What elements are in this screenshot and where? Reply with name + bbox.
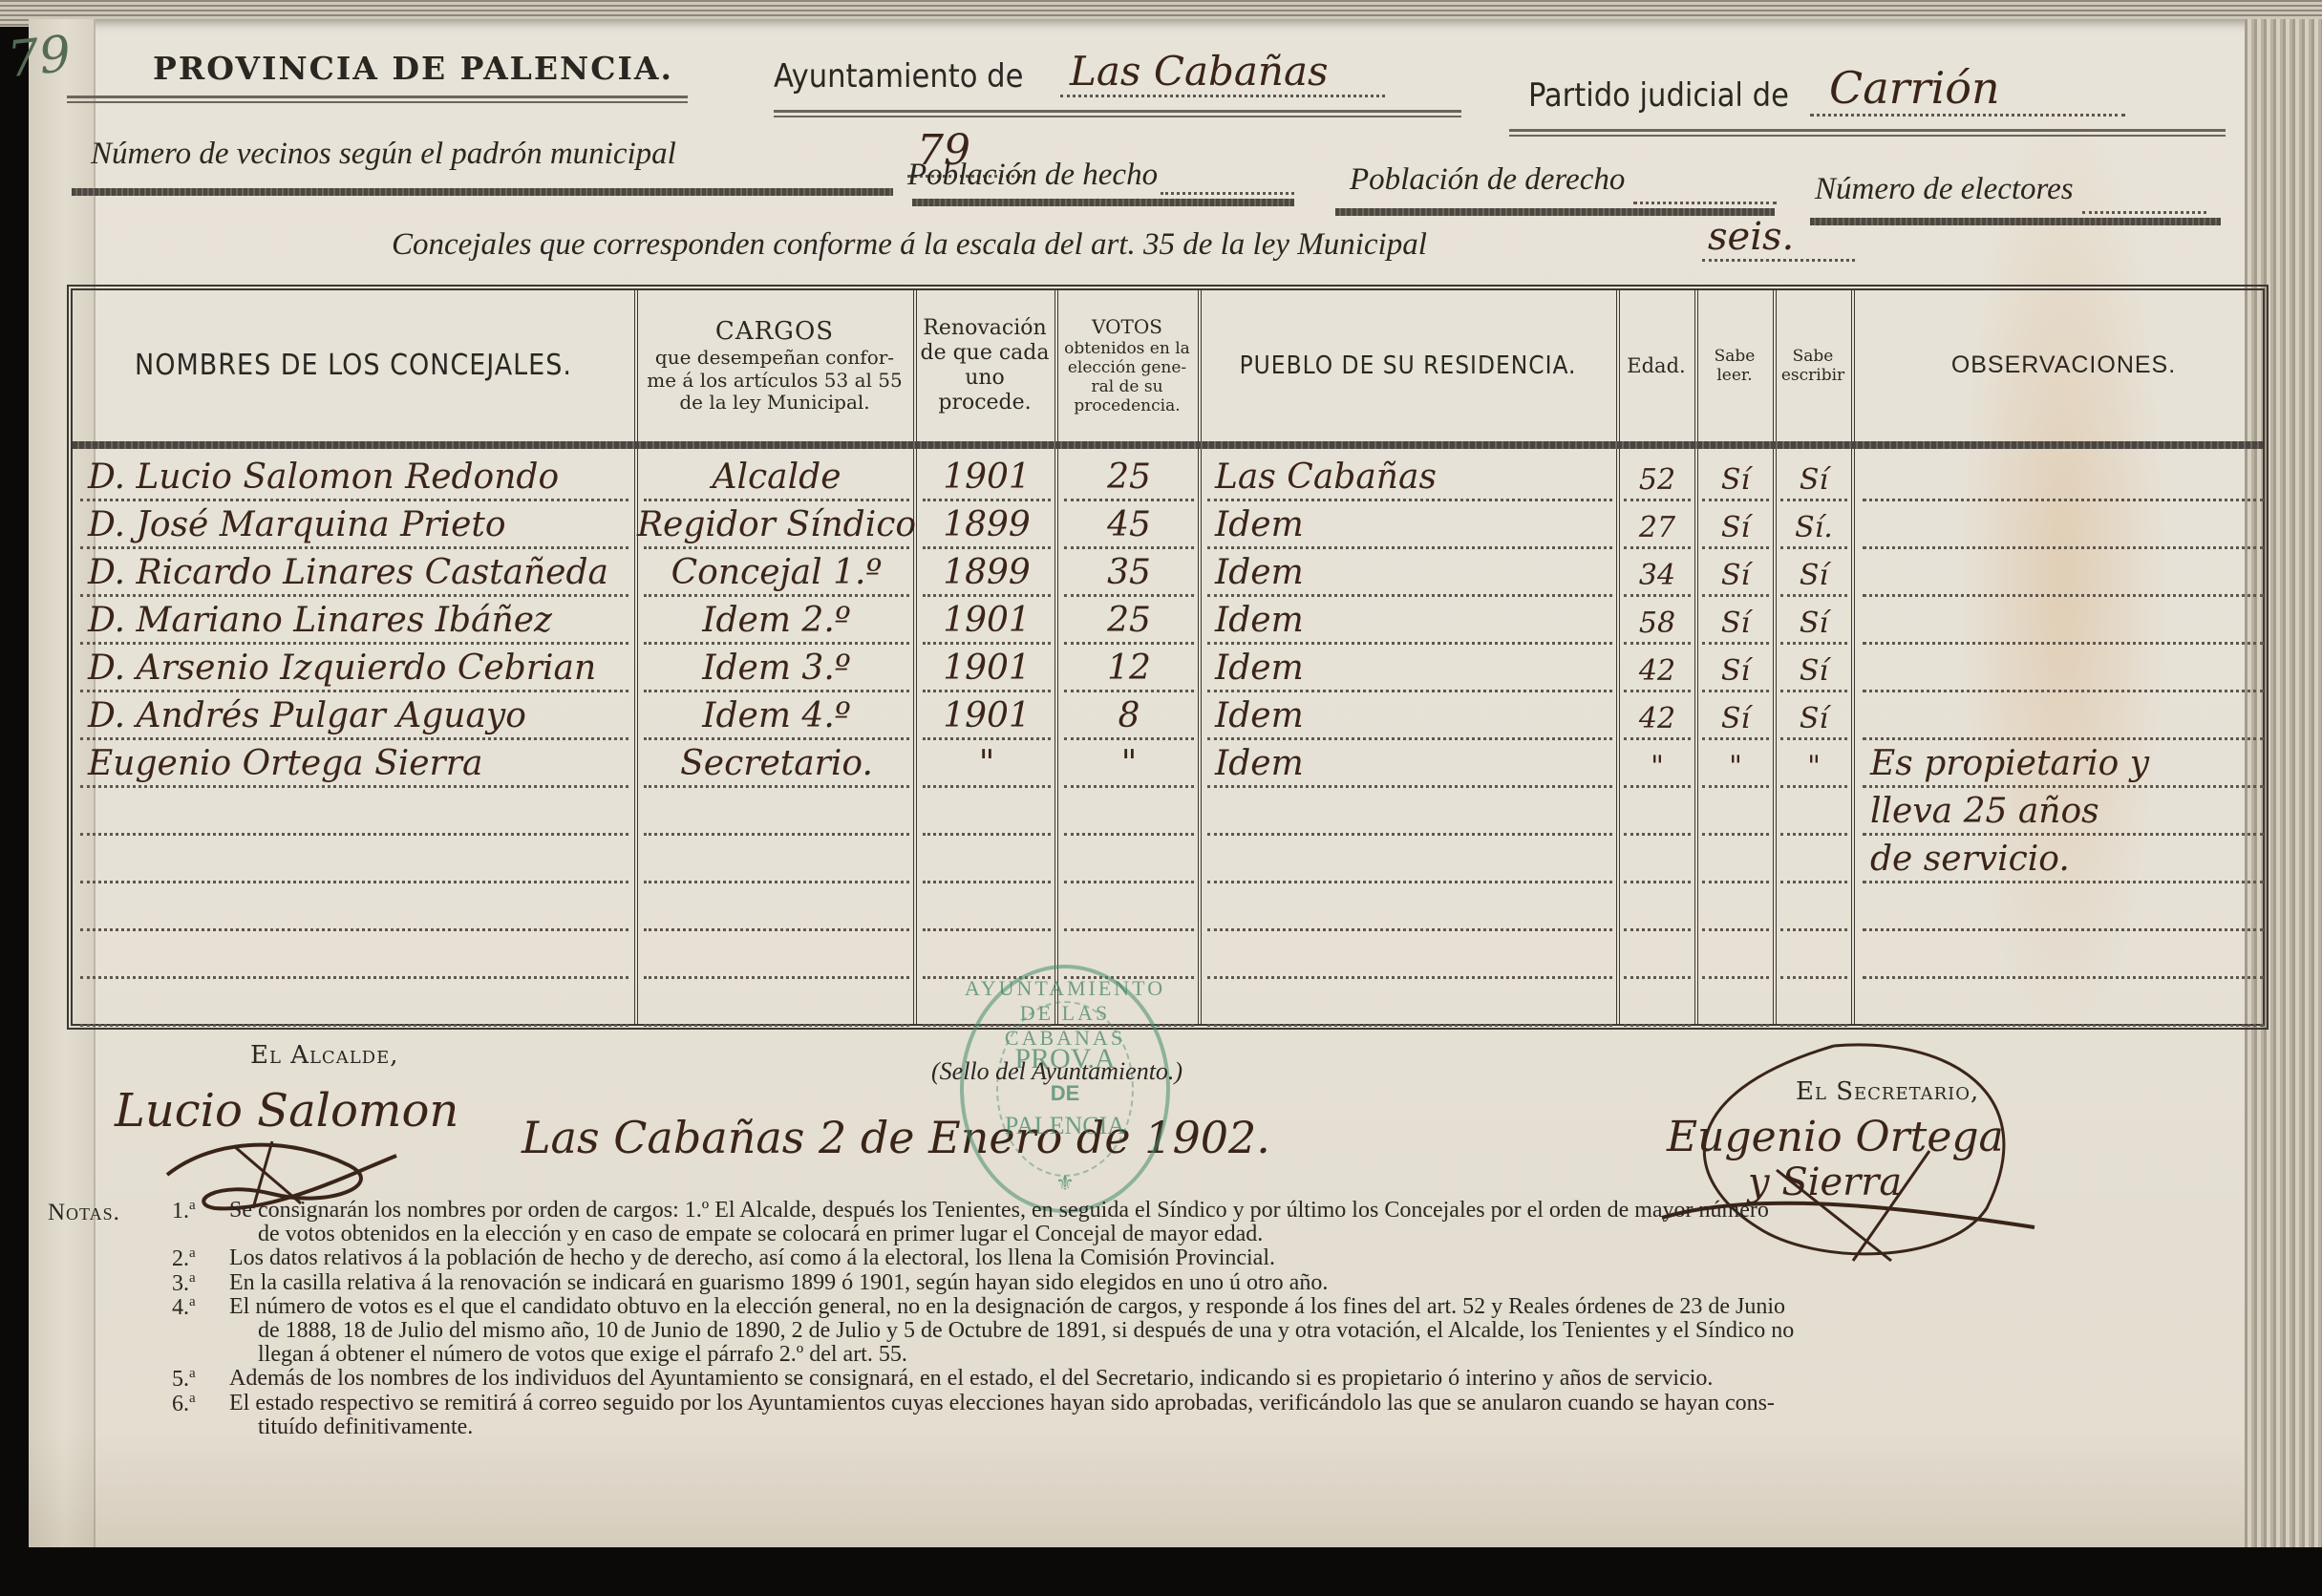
cell-edad[interactable] [1624, 927, 1691, 979]
sabe-escribir-line2: escribir [1781, 366, 1844, 385]
cell-pueblo[interactable]: Idem [1207, 689, 1612, 740]
note-number: 4.a [172, 1295, 196, 1320]
sabe-leer-line1: Sabe [1715, 347, 1756, 366]
note-number-text: 1. [172, 1199, 189, 1224]
cell-cargo[interactable]: Alcalde [644, 450, 909, 501]
electores-field[interactable] [2082, 181, 2206, 214]
cell-observaciones[interactable] [1863, 880, 2264, 931]
cell-pueblo[interactable] [1207, 880, 1612, 931]
cell-cargo[interactable]: Secretario. [644, 736, 909, 788]
cell-votos[interactable]: 35 [1064, 545, 1194, 597]
cell-cargo[interactable]: Concejal 1.º [644, 545, 909, 597]
cell-edad[interactable]: 27 [1624, 498, 1691, 549]
poblacion-derecho-field[interactable] [1633, 172, 1777, 204]
cell-observaciones[interactable] [1863, 927, 2264, 979]
cell-cargo[interactable] [644, 927, 909, 979]
cell-sabe-leer[interactable]: Sí [1702, 641, 1769, 692]
seal-caption: (Sello del Ayuntamiento.) [931, 1057, 1182, 1086]
cell-votos[interactable] [1064, 832, 1194, 883]
cell-renovacion[interactable] [923, 784, 1051, 836]
secretario-signature: Eugenio Ortega [1667, 1113, 2004, 1161]
cell-edad[interactable]: 52 [1624, 450, 1691, 501]
note-number-text: 4. [172, 1295, 189, 1320]
note-number: 2.a [172, 1246, 196, 1271]
note-continuation: de votos obtenidos en la elección y en c… [229, 1223, 2226, 1246]
note-number: 6.a [172, 1392, 196, 1416]
ayuntamiento-label: Ayuntamiento de [774, 57, 1023, 96]
municipal-seal: AYUNTAMIENTO DE LAS CABAÑAS PROV.A DE PA… [960, 965, 1170, 1213]
cell-renovacion[interactable] [923, 880, 1051, 931]
cell-name[interactable] [80, 880, 628, 931]
cell-renovacion[interactable]: " [923, 736, 1051, 788]
cell-edad[interactable]: 34 [1624, 545, 1691, 597]
cell-sabe-leer[interactable] [1702, 975, 1769, 1027]
note-item: 5.aAdemás de los nombres de los individu… [172, 1367, 2226, 1391]
note-item: 6.aEl estado respectivo se remitirá á co… [172, 1392, 2226, 1439]
cell-sabe-escribir[interactable]: Sí [1780, 450, 1847, 501]
note-text: Se consignarán los nombres por orden de … [229, 1198, 1769, 1223]
cell-name[interactable]: D. Andrés Pulgar Aguayo [80, 689, 628, 740]
column-header-edad: Edad. [1618, 290, 1694, 441]
cell-name[interactable]: D. Mariano Linares Ibáñez [80, 593, 628, 645]
cell-name[interactable] [80, 927, 628, 979]
cell-name[interactable]: Eugenio Ortega Sierra [80, 736, 628, 788]
note-number: 5.a [172, 1367, 196, 1392]
cell-votos[interactable] [1064, 880, 1194, 931]
note-continuation: tituído definitivamente. [229, 1415, 2226, 1439]
cell-sabe-escribir[interactable]: " [1780, 736, 1847, 788]
seal-line-3: PALENCIA [964, 1112, 1166, 1140]
cell-pueblo[interactable] [1207, 927, 1612, 979]
column-header-votos: VOTOS obtenidos en la elección gene- ral… [1056, 290, 1198, 441]
cell-pueblo[interactable] [1207, 832, 1612, 883]
note-number: 3.a [172, 1271, 196, 1296]
cell-renovacion[interactable]: 1899 [923, 545, 1051, 597]
cell-sabe-escribir[interactable] [1780, 832, 1847, 883]
cell-observaciones[interactable] [1863, 498, 2264, 549]
cell-name[interactable] [80, 975, 628, 1027]
cell-observaciones[interactable] [1863, 975, 2264, 1027]
cell-edad[interactable] [1624, 832, 1691, 883]
margin-annotation: 79 [5, 26, 74, 90]
votos-subtitle: obtenidos en la elección gene- ral de su… [1060, 339, 1194, 415]
note-number-text: 5. [172, 1367, 189, 1392]
cell-pueblo[interactable] [1207, 784, 1612, 836]
cell-sabe-leer[interactable] [1702, 927, 1769, 979]
cell-sabe-escribir[interactable] [1780, 927, 1847, 979]
cell-sabe-escribir[interactable]: Sí [1780, 593, 1847, 645]
cell-edad[interactable] [1624, 880, 1691, 931]
cell-renovacion[interactable]: 1901 [923, 593, 1051, 645]
cell-cargo[interactable] [644, 975, 909, 1027]
note-number-text: 6. [172, 1392, 189, 1416]
cell-sabe-escribir[interactable] [1780, 784, 1847, 836]
cell-observaciones[interactable] [1863, 593, 2264, 645]
note-text: El número de votos es el que el candidat… [229, 1294, 1785, 1319]
note-item: 4.aEl número de votos es el que el candi… [172, 1295, 2226, 1368]
cell-cargo[interactable] [644, 880, 909, 931]
poblacion-hecho-label: Población de hecho [907, 158, 1158, 193]
column-header-sabe-leer: Sabe leer. [1696, 290, 1773, 441]
cell-renovacion[interactable] [923, 832, 1051, 883]
header-divider [73, 441, 2263, 449]
note-number-sup: a [189, 1294, 196, 1309]
column-header-nombres: NOMBRES DE LOS CONCEJALES. [73, 290, 634, 441]
sabe-escribir-line1: Sabe [1793, 347, 1834, 366]
cell-pueblo[interactable]: Idem [1207, 498, 1612, 549]
divider [1810, 218, 2221, 225]
cell-edad[interactable]: 42 [1624, 689, 1691, 740]
cell-observaciones[interactable]: Es propietario y [1863, 736, 2264, 788]
cell-cargo[interactable] [644, 832, 909, 883]
cargos-title: CARGOS [715, 317, 834, 347]
cell-cargo[interactable]: Idem 2.º [644, 593, 909, 645]
cell-observaciones[interactable]: lleva 25 años [1863, 784, 2264, 836]
note-number-sup: a [189, 1198, 196, 1213]
cell-votos[interactable]: 25 [1064, 593, 1194, 645]
concejales-table: NOMBRES DE LOS CONCEJALES. CARGOS que de… [67, 285, 2269, 1030]
cell-pueblo[interactable]: Idem [1207, 593, 1612, 645]
cell-votos[interactable]: " [1064, 736, 1194, 788]
cell-edad[interactable] [1624, 975, 1691, 1027]
cell-sabe-leer[interactable]: Sí [1702, 593, 1769, 645]
note-number-text: 3. [172, 1271, 189, 1296]
cell-pueblo[interactable]: Idem [1207, 545, 1612, 597]
cell-cargo[interactable]: Idem 4.º [644, 689, 909, 740]
alcalde-signature: Lucio Salomon [115, 1084, 458, 1138]
cell-votos[interactable]: 12 [1064, 641, 1194, 692]
cell-observaciones[interactable] [1863, 545, 2264, 597]
divider [774, 110, 1461, 117]
cell-name[interactable] [80, 784, 628, 836]
fleur-de-lis-icon: ⚜ [964, 1172, 1166, 1196]
note-text: Además de los nombres de los individuos … [229, 1366, 1713, 1391]
partido-judicial-label: Partido judicial de [1528, 76, 1789, 115]
column-header-pueblo: PUEBLO DE SU RESIDENCIA. [1200, 290, 1616, 441]
sabe-leer-line2: leer. [1716, 366, 1752, 385]
note-text: El estado respectivo se remitirá á corre… [229, 1391, 1775, 1415]
note-number-sup: a [189, 1366, 196, 1381]
column-header-observaciones: OBSERVACIONES. [1853, 290, 2274, 441]
notes-section: Notas. 1.aSe consignarán los nombres por… [48, 1199, 2226, 1439]
seal-ring-text: AYUNTAMIENTO DE LAS CABAÑAS [964, 976, 1166, 1051]
scanned-page: 79 PROVINCIA DE PALENCIA. Ayuntamiento d… [0, 0, 2322, 1596]
cell-edad[interactable]: 58 [1624, 593, 1691, 645]
cell-sabe-escribir[interactable]: Sí [1780, 689, 1847, 740]
cell-renovacion[interactable]: 1899 [923, 498, 1051, 549]
cell-name[interactable]: D. Lucio Salomon Redondo [80, 450, 628, 501]
cell-cargo[interactable] [644, 784, 909, 836]
table-row [73, 974, 2263, 1032]
cell-cargo[interactable]: Idem 3.º [644, 641, 909, 692]
note-number: 1.a [172, 1199, 196, 1224]
column-header-renovacion: Renovación de que cada uno procede. [915, 290, 1054, 441]
ayuntamiento-field[interactable]: Las Cabañas [1060, 48, 1385, 97]
cell-sabe-escribir[interactable]: Sí [1780, 641, 1847, 692]
concejales-escala-field[interactable]: seis. [1702, 215, 1855, 262]
cell-edad[interactable]: 42 [1624, 641, 1691, 692]
cell-sabe-leer[interactable]: Sí [1702, 450, 1769, 501]
cell-sabe-leer[interactable] [1702, 880, 1769, 931]
cell-sabe-escribir[interactable]: Sí [1780, 545, 1847, 597]
secretario-label: El Secretario, [1796, 1077, 1979, 1106]
note-number-sup: a [189, 1391, 196, 1406]
cell-pueblo[interactable]: Idem [1207, 641, 1612, 692]
cell-sabe-escribir[interactable]: Sí. [1780, 498, 1847, 549]
cell-sabe-escribir[interactable] [1780, 880, 1847, 931]
note-text: En la casilla relativa á la renovación s… [229, 1270, 1328, 1295]
cell-votos[interactable]: 45 [1064, 498, 1194, 549]
poblacion-derecho-label: Población de derecho [1350, 162, 1625, 198]
note-number-text: 2. [172, 1246, 189, 1271]
cell-observaciones[interactable] [1863, 689, 2264, 740]
votos-title: VOTOS [1092, 316, 1162, 339]
cell-sabe-leer[interactable]: Sí [1702, 689, 1769, 740]
cell-observaciones[interactable] [1863, 641, 2264, 692]
cell-sabe-leer[interactable]: Sí [1702, 545, 1769, 597]
cell-pueblo[interactable] [1207, 975, 1612, 1027]
cell-pueblo[interactable]: Las Cabañas [1207, 450, 1612, 501]
cell-renovacion[interactable]: 1901 [923, 450, 1051, 501]
concejales-escala-label: Concejales que corresponden conforme á l… [392, 227, 1427, 263]
cell-votos[interactable] [1064, 784, 1194, 836]
notes-title: Notas. [48, 1201, 120, 1225]
cell-observaciones[interactable] [1863, 450, 2264, 501]
cell-renovacion[interactable]: 1901 [923, 641, 1051, 692]
divider [1509, 129, 2226, 137]
cell-sabe-leer[interactable] [1702, 832, 1769, 883]
poblacion-hecho-field[interactable] [1161, 162, 1294, 195]
cargos-subtitle: que desempeñan confor- me á los artículo… [640, 347, 909, 415]
paper-shading [29, 1433, 2278, 1547]
cell-sabe-escribir[interactable] [1780, 975, 1847, 1027]
note-item: 2.aLos datos relativos á la población de… [172, 1246, 2226, 1270]
cell-observaciones[interactable]: de servicio. [1863, 832, 2264, 883]
notes-list: 1.aSe consignarán los nombres por orden … [48, 1199, 2226, 1439]
divider [72, 188, 893, 196]
cell-edad[interactable] [1624, 784, 1691, 836]
cell-votos[interactable]: 25 [1064, 450, 1194, 501]
note-number-sup: a [189, 1270, 196, 1286]
note-text: Los datos relativos á la población de he… [229, 1245, 1275, 1270]
cell-name[interactable]: D. Arsenio Izquierdo Cebrian [80, 641, 628, 692]
cell-votos[interactable]: 8 [1064, 689, 1194, 740]
divider [67, 96, 688, 103]
cell-sabe-leer[interactable]: Sí [1702, 498, 1769, 549]
cell-cargo[interactable]: Regidor Síndico [644, 498, 909, 549]
column-header-cargos: CARGOS que desempeñan confor- me á los a… [636, 290, 913, 441]
provincia-title: PROVINCIA DE PALENCIA. [153, 50, 673, 87]
note-item: 1.aSe consignarán los nombres por orden … [172, 1199, 2226, 1246]
cell-sabe-leer[interactable] [1702, 784, 1769, 836]
cell-pueblo[interactable]: Idem [1207, 736, 1612, 788]
cell-name[interactable]: D. José Marquina Prieto [80, 498, 628, 549]
cell-edad[interactable]: " [1624, 736, 1691, 788]
cell-sabe-leer[interactable]: " [1702, 736, 1769, 788]
cell-name[interactable] [80, 832, 628, 883]
note-continuation: llegan á obtener el número de votos que … [229, 1343, 2226, 1367]
column-header-sabe-escribir: Sabe escribir [1775, 290, 1851, 441]
partido-judicial-field[interactable]: Carrión [1810, 62, 2125, 117]
note-number-sup: a [189, 1245, 196, 1261]
divider [912, 199, 1294, 206]
vecinos-label: Número de vecinos según el padrón munici… [91, 137, 676, 172]
note-continuation: de 1888, 18 de Julio del mismo año, 10 d… [229, 1319, 2226, 1343]
cell-renovacion[interactable]: 1901 [923, 689, 1051, 740]
note-item: 3.aEn la casilla relativa á la renovació… [172, 1271, 2226, 1295]
alcalde-label: El Alcalde, [250, 1041, 399, 1070]
cell-name[interactable]: D. Ricardo Linares Castañeda [80, 545, 628, 597]
electores-label: Número de electores [1815, 172, 2074, 207]
